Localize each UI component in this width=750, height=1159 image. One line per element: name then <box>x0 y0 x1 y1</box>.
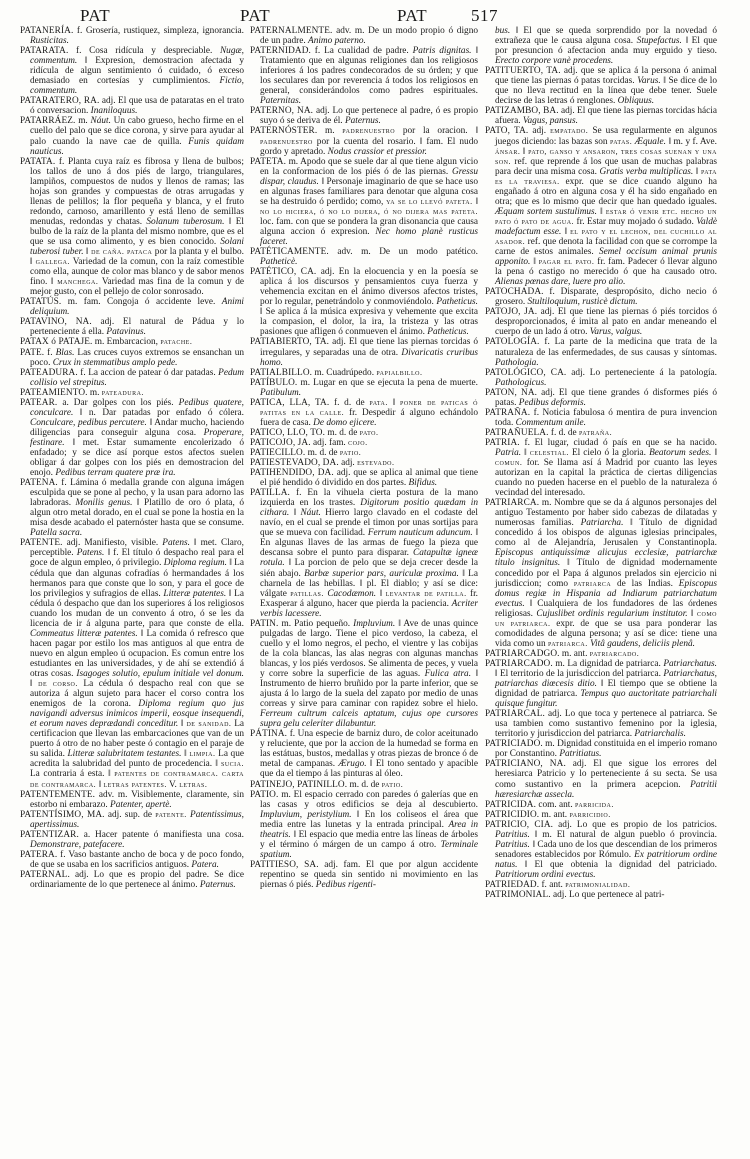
dictionary-entry: PATARATA. f. Cosa ridícula y despreciabl… <box>20 46 244 96</box>
definition-text: ‖ <box>521 448 530 458</box>
cross-reference: patriarca. <box>548 639 588 648</box>
cross-reference: parricidio. <box>569 810 610 819</box>
entry-headword: PATINEJO, PATINILLO. <box>250 780 347 790</box>
cross-reference: patriarcado. <box>590 649 639 658</box>
cross-reference: no lo hiciera, ó no lo dijera, ó no dije… <box>260 207 478 216</box>
entry-headword: PATAVINO, NA. <box>20 317 92 327</box>
definition-text: m. <box>75 116 90 126</box>
dictionary-entry: PATOCHADA. f. Disparate, despropósito, d… <box>485 287 717 307</box>
dictionary-entry: PATILLA. f. En la vihuela cierta postura… <box>250 488 478 619</box>
dictionary-entry: PATIO. m. El espacio cerrado con paredes… <box>250 790 478 860</box>
dictionary-entry: PATENTIZAR. a. Hacer patente ó manifiest… <box>20 830 244 850</box>
dictionary-entry: PATE. f. Blas. Las cruces cuyos extremos… <box>20 348 244 368</box>
dictionary-columns: PATANERÍA. f. Grosería, rustiquez, simpl… <box>0 26 750 1146</box>
cross-reference: gallega. <box>36 257 70 266</box>
cross-reference: pagar el pato. <box>539 257 595 266</box>
latin-equivalent: Patritius. <box>495 830 530 840</box>
cross-reference: letras. <box>179 780 207 789</box>
definition-text: m. Cuadrúpedo. <box>312 368 376 378</box>
latin-equivalent: Patheticus. <box>436 297 478 307</box>
cross-reference: de caña. pataca <box>91 247 152 256</box>
entry-headword: PATRAÑA. <box>485 408 530 418</box>
entry-headword: PATIESTEVADO, DA. <box>250 458 339 468</box>
definition-text: f. La cualidad de padre. <box>311 46 413 56</box>
entry-headword: PATRIARCA. <box>485 498 539 508</box>
cross-reference: sucia. <box>221 759 244 768</box>
page-number: 517 <box>471 6 498 26</box>
latin-equivalent: Monilis genus. <box>76 498 133 508</box>
definition-text: ‖ m. y f. Ave. <box>666 137 717 147</box>
dictionary-entry: PATRICIADO. m. Dignidad constituida en e… <box>485 739 717 759</box>
definition-text: m. La dignidad de patriarca. <box>553 659 664 669</box>
cross-reference: parricida. <box>575 800 614 809</box>
cross-reference: manchega. <box>57 277 98 286</box>
definition-text: f. La accion de patear ó dar patadas. <box>78 368 218 378</box>
cross-reference: patriarca <box>574 579 611 588</box>
dictionary-entry: PATÍBULO. m. Lugar en que se ejecuta la … <box>250 378 478 398</box>
entry-headword: PATEAR. <box>20 398 57 408</box>
latin-equivalent: Patavinus. <box>106 327 146 337</box>
entry-headword: PATOLÓGICO, CA. <box>485 368 566 378</box>
dictionary-entry: PATOJO, JA. adj. El que tiene las pierna… <box>485 307 717 337</box>
latin-equivalent: Ferreum cultrum calceis aptatum, cujus o… <box>260 709 478 729</box>
entry-headword: PATRICIDA. <box>485 800 536 810</box>
definition-text: adj. Manifiesto, visible. <box>63 538 163 548</box>
latin-equivalent: Fulica atra. <box>425 669 471 679</box>
cross-reference: pato. <box>360 428 379 437</box>
entry-headword: PATEADURA. <box>20 368 78 378</box>
entry-headword: PATENTEMENTE. <box>20 790 95 800</box>
dictionary-entry: PATRIA. f. El lugar, ciudad ó país en qu… <box>485 438 717 498</box>
dictionary-entry: PATATÚS. m. fam. Congoja ó accidente lev… <box>20 297 244 317</box>
definition-text: m. <box>317 126 342 136</box>
definition-text: ‖ <box>711 448 717 458</box>
cross-reference: cojo. <box>348 438 368 447</box>
cross-reference: padrenuestro <box>342 126 395 135</box>
entry-headword: PATRIMONIAL. <box>485 890 551 900</box>
dictionary-entry: PÁTINA. f. Una especie de barniz duro, d… <box>250 729 478 779</box>
latin-equivalent: Erecto corpore vanè procedens. <box>495 56 613 66</box>
dictionary-entry: PATERNIDAD. f. La cualidad de padre. Pat… <box>250 46 478 106</box>
definition-text: ‖ n. Dar patadas por enfado ó cólera. <box>73 408 244 418</box>
definition-text: El cielo ó la gloria. <box>569 448 649 458</box>
entry-headword: PATENTE. <box>20 538 63 548</box>
latin-equivalent: Inaniloquus. <box>91 106 138 116</box>
dictionary-entry: PATRAÑUELA. f. d. de patraña. <box>485 428 717 438</box>
definition-text: ‖ <box>388 398 400 408</box>
latin-equivalent: Patheticè. <box>260 257 297 267</box>
dictionary-entry: PATARATERO, RA. adj. El que usa de patar… <box>20 96 244 116</box>
entry-headword: PATANERÍA. <box>20 26 73 36</box>
cross-reference: levantar de patilla. <box>386 589 467 598</box>
latin-equivalent: Patella sacra. <box>30 528 82 538</box>
dictionary-entry: PATENTEMENTE. adv. m. Visiblemente, clar… <box>20 790 244 810</box>
entry-headword: PATÉTICO, CA. <box>250 267 316 277</box>
dictionary-entry: PATRICIDA. com. ant. parricida. <box>485 800 717 810</box>
latin-equivalent: Æquale. <box>635 137 666 147</box>
dictionary-entry: PATRICIANO, NA. adj. El que sigue los er… <box>485 759 717 799</box>
latin-equivalent: Stupefactus. <box>637 36 682 46</box>
latin-equivalent: Patris dignitas. <box>413 46 472 56</box>
entry-headword: PATERNIDAD. <box>250 46 311 56</box>
dictionary-entry: PATENA. f. Lámina ó medalla grande con a… <box>20 478 244 538</box>
latin-equivalent: Alienas pœnas dare, luere pro alio. <box>495 277 625 287</box>
definition-text: adj. Lo que es propio de los patricios. <box>553 820 717 830</box>
definition-text: ‖ El que obtenia la dignidad del patrici… <box>517 860 717 870</box>
latin-equivalent: Pedibus terram quatere præ ira. <box>55 468 175 478</box>
dictionary-entry: PATEAMIENTO. m. pateadura. <box>20 388 244 398</box>
dictionary-entry: PATEADURA. f. La accion de patear ó dar … <box>20 368 244 388</box>
definition-text: ‖ <box>688 609 697 619</box>
entry-headword: PATITUERTO, TA. <box>485 66 561 76</box>
cross-reference: estevado. <box>357 458 394 467</box>
entry-headword: PATRIEDAD. <box>485 880 539 890</box>
column-1: PATANERÍA. f. Grosería, rustiquez, simpl… <box>20 26 244 890</box>
entry-headword: PATRIARCADO. <box>485 659 553 669</box>
definition-text: m. d. de <box>305 448 340 458</box>
definition-text: adj. Lo perteneciente á la patología. <box>566 368 717 378</box>
cross-reference: empatado. <box>550 126 588 135</box>
dictionary-entry: PATINEJO, PATINILLO. m. d. de patio. <box>250 780 478 790</box>
column-2: PATERNALMENTE. adv. m. De un modo propio… <box>250 26 478 890</box>
cross-reference: letras patentes. <box>103 780 166 789</box>
dictionary-entry: PATÉTICO, CA. adj. En la elocuencia y en… <box>250 267 478 337</box>
guide-word-center: PAT <box>240 6 270 26</box>
definition-text: f. d. de <box>549 428 579 438</box>
entry-headword: PATERA. <box>20 850 57 860</box>
entry-headword: PATEAMIENTO. <box>20 388 88 398</box>
cross-reference: patio. <box>382 780 403 789</box>
dictionary-entry: PATANERÍA. f. Grosería, rustiquez, simpl… <box>20 26 244 46</box>
dictionary-entry: PATERA. f. Vaso bastante ancho de boca y… <box>20 850 244 870</box>
latin-equivalent: Cacodæmon. <box>327 589 376 599</box>
latin-equivalent: Vagus, pansus. <box>523 116 578 126</box>
definition-text: adj. fam. <box>311 438 348 448</box>
latin-equivalent: Stultiloquium, rusticè dictum. <box>528 297 638 307</box>
entry-headword: PATARRÁEZ. <box>20 116 75 126</box>
entry-headword: PATICOJO, JA. <box>250 438 311 448</box>
entry-headword: PATERNALMENTE. <box>250 26 332 36</box>
definition-text: m. Patio pequeño. <box>278 619 353 629</box>
entry-headword: PATO, TA. <box>485 126 528 136</box>
definition-text: m. Apodo que se suele dar al que tiene a… <box>260 157 478 177</box>
definition-text: f. El lugar, ciudad ó país en que se ha … <box>520 438 717 448</box>
dictionary-entry: PATATA. f. Planta cuya raíz es fibrosa y… <box>20 157 244 298</box>
dictionary-entry: PATRIARCAL. adj. Lo que toca y pertenece… <box>485 709 717 739</box>
latin-equivalent: De domo ejicere. <box>313 418 376 428</box>
cross-reference: patas. <box>610 137 632 146</box>
latin-equivalent: Demonstrare, patefacere. <box>30 840 125 850</box>
definition-text: fr. Estar muy mojado ó sudado. <box>574 217 696 227</box>
entry-headword: PÁTINA. <box>250 729 287 739</box>
dictionary-entry: PATIALBILLO. m. Cuadrúpedo. papialbillo. <box>250 368 478 378</box>
dictionary-entry: PATENTÍSIMO, MA. adj. sup. de patente. P… <box>20 810 244 830</box>
entry-headword: PATRIARCAL. <box>485 709 545 719</box>
dictionary-entry: PATIECILLO. m. d. de patio. <box>250 448 478 458</box>
dictionary-entry: PATERNÓSTER. m. padrenuestro por la orac… <box>250 126 478 156</box>
latin-equivalent: Pathologia. <box>495 358 539 368</box>
definition-text: La contraria á esta. ‖ <box>30 769 114 779</box>
entry-headword: PATERNO, NA. <box>250 106 313 116</box>
entry-headword: PATIABIERTO, TA. <box>250 337 329 347</box>
dictionary-entry: PATIZAMBO, BA. adj. El que tiene las pie… <box>485 106 717 126</box>
definition-text: m. Embarcacion, <box>92 337 160 347</box>
dictionary-entry: PATOLÓGICO, CA. adj. Lo perteneciente á … <box>485 368 717 388</box>
latin-equivalent: Pedibus rigenti- <box>316 880 376 890</box>
latin-equivalent: Náut. <box>91 116 111 126</box>
latin-equivalent: Litteræ salubritatem testantes. <box>68 749 182 759</box>
entry-headword: PATRIARCADGO. <box>485 649 560 659</box>
entry-headword: PATIECILLO. <box>250 448 305 458</box>
dictionary-entry: PATO, TA. adj. empatado. Se usa regularm… <box>485 126 717 287</box>
dictionary-entry: PATIESTEVADO, DA. adj. estevado. <box>250 458 478 468</box>
definition-text: ‖ <box>530 257 538 267</box>
dictionary-entry: PATENTE. adj. Manifiesto, visible. Paten… <box>20 538 244 789</box>
latin-equivalent: Pedibus deformis. <box>519 398 586 408</box>
definition-text: f. d. de <box>329 398 369 408</box>
latin-equivalent: Varus, valgus. <box>590 327 642 337</box>
latin-equivalent: Isagoges solutio, epulum initiale vel do… <box>76 669 244 679</box>
latin-equivalent: Ærugo. <box>338 759 366 769</box>
entry-headword: PATOLOGÍA. <box>485 337 539 347</box>
definition-text: m. ant. <box>539 810 569 820</box>
cross-reference: pateadura. <box>102 388 144 397</box>
latin-equivalent: Crux in stemmatibus amplo pede. <box>53 358 178 368</box>
latin-equivalent: Patibulum. <box>260 388 301 398</box>
latin-equivalent: Cujuslibet ordinis regularium institutor… <box>536 609 687 619</box>
entry-headword: PATRICIADO. <box>485 739 543 749</box>
definition-text: m. <box>88 388 102 398</box>
cross-reference: patillas. <box>290 589 324 598</box>
latin-equivalent: Litteræ patentes. <box>163 589 226 599</box>
column-3: bus. ‖ El que se queda sorprendido por l… <box>485 26 717 900</box>
definition-text: ‖ <box>597 207 606 217</box>
entry-headword: PATÉTICAMENTE. <box>250 247 329 257</box>
dictionary-entry: PATETA. m. Apodo que se suele dar al que… <box>250 157 478 247</box>
latin-equivalent: Patria. <box>495 448 521 458</box>
definition-text: V. <box>167 780 179 790</box>
guide-word-left: PAT <box>80 6 110 26</box>
entry-headword: PATRIA. <box>485 438 520 448</box>
cross-reference: patache. <box>160 337 192 346</box>
definition-text: m. ant. <box>560 649 590 659</box>
entry-headword: PATENTÍSIMO, MA. <box>20 810 105 820</box>
dictionary-entry: PATÉTICAMENTE. adv. m. De un modo patéti… <box>250 247 478 267</box>
latin-equivalent: Commentum anile. <box>516 418 586 428</box>
definition-text: ‖ <box>376 589 385 599</box>
entry-headword: PATÍBULO. <box>250 378 297 388</box>
entry-headword: PATRICIANO, NA. <box>485 759 566 769</box>
definition-text: m. El espacio cerrado con paredes ó gale… <box>260 790 478 810</box>
definition-text: adj. Lo que pertenece al patri- <box>551 890 665 900</box>
definition-text: adv. m. De un modo patético. <box>329 247 478 257</box>
cross-reference: ánsar. <box>495 147 520 156</box>
latin-equivalent: Diploma regium. <box>164 558 227 568</box>
latin-equivalent: Blas. <box>56 348 75 358</box>
latin-equivalent: Pathologicus. <box>495 378 546 388</box>
entry-headword: PATICA, LLA, TA. <box>250 398 329 408</box>
cross-reference: ya se lo llevó pateta. <box>386 197 473 206</box>
latin-equivalent: Impluvium, peristylium. <box>260 810 352 820</box>
entry-headword: PATERNAL. <box>20 870 70 880</box>
cross-reference: pata. <box>369 398 387 407</box>
cross-reference: patio. <box>340 448 361 457</box>
entry-headword: PATATA. <box>20 157 55 167</box>
latin-equivalent: Rusticitas. <box>30 36 69 46</box>
dictionary-entry: PATIHENDIDO, DA. adj. que se aplica al a… <box>250 468 478 488</box>
entry-headword: PATARATERO, RA. <box>20 96 99 106</box>
latin-equivalent: Obliquus. <box>618 96 654 106</box>
cross-reference: patente. <box>155 810 186 819</box>
definition-text: ‖ m. El natural de algun pueblo ó provin… <box>530 830 717 840</box>
latin-equivalent: Patriarcha. <box>581 518 624 528</box>
dictionary-entry: PATIN. m. Patio pequeño. Impluvium. ‖ Av… <box>250 619 478 730</box>
entry-headword: PATITIESO, SA. <box>250 860 319 870</box>
cross-reference: limpia. <box>189 749 215 758</box>
latin-equivalent: Paternitas. <box>260 96 301 106</box>
dictionary-entry: PATARRÁEZ. m. Náut. Un cabo grueso, hech… <box>20 116 244 156</box>
definition-text: f. <box>44 348 55 358</box>
latin-equivalent: Gratis verba multiplicas. <box>600 167 694 177</box>
definition-text: f. Cosa ridícula y despreciable. <box>68 46 220 56</box>
latin-equivalent: Patera. <box>191 860 219 870</box>
definition-text: a. Hacer patente ó manifiesta una cosa. <box>79 830 244 840</box>
entry-headword: PATIALBILLO. <box>250 368 312 378</box>
cross-reference: comun. <box>495 458 522 467</box>
entry-headword: PATAX ó PATAJE. <box>20 337 92 347</box>
latin-equivalent: Varus. <box>637 76 661 86</box>
cross-reference: de sanidad. <box>186 719 231 728</box>
latin-equivalent: Patritius. <box>495 840 530 850</box>
entry-headword: PATENTIZAR. <box>20 830 79 840</box>
dictionary-entry: PATEAR. a. Dar golpes con los piés. Pedi… <box>20 398 244 478</box>
dictionary-entry: PATAX ó PATAJE. m. Embarcacion, patache. <box>20 337 244 347</box>
dictionary-entry: PATRICIO, CIA. adj. Lo que es propio de … <box>485 820 717 880</box>
entry-headword: PATENA. <box>20 478 58 488</box>
dictionary-entry: PATAVINO, NA. adj. El natural de Pádua y… <box>20 317 244 337</box>
definition-text: ‖ El territorio de la jurisdiccion del p… <box>495 669 663 679</box>
dictionary-entry: PATITIESO, SA. adj. fam. El que por algu… <box>250 860 478 890</box>
running-header: PAT PAT PAT 517 <box>0 6 750 26</box>
definition-text: adj. <box>339 458 357 468</box>
dictionary-entry: PATERNALMENTE. adv. m. De un modo propio… <box>250 26 478 46</box>
definition-text: adj. <box>528 126 550 136</box>
cross-reference: celestial. <box>530 448 569 457</box>
dictionary-entry: PATRIMONIAL. adj. Lo que pertenece al pa… <box>485 890 717 900</box>
entry-headword: PATRAÑUELA. <box>485 428 549 438</box>
definition-text: f. ant. <box>539 880 565 890</box>
entry-headword: PATILLA. <box>250 488 290 498</box>
dictionary-entry: PATOLOGÍA. f. La parte de la medicina qu… <box>485 337 717 367</box>
dictionary-entry: PATRIARCADGO. m. ant. patriarcado. <box>485 649 717 659</box>
latin-equivalent: Bifidus. <box>408 478 437 488</box>
latin-equivalent: Patriarchalis. <box>634 729 686 739</box>
cross-reference: papialbillo. <box>376 368 422 377</box>
latin-equivalent: Náut. <box>300 508 320 518</box>
latin-equivalent: Patenter, apertè. <box>110 800 172 810</box>
latin-equivalent: Solanum tuberosum. <box>146 217 224 227</box>
dictionary-entry: PATICO, LLO, TO. m. d. de pato. <box>250 428 478 438</box>
dictionary-entry: PATON, NA. adj. El que tiene grandes ó d… <box>485 388 717 408</box>
definition-text: for. Se llama así á Madrid por cuanto la… <box>495 458 717 498</box>
entry-headword: PATOCHADA. <box>485 287 544 297</box>
latin-equivalent: Vitâ gaudens, deliciis plenâ. <box>590 639 695 649</box>
cross-reference: patrimonialidad. <box>565 880 630 889</box>
definition-text: m. fam. Congoja ó accidente leve. <box>61 297 221 307</box>
latin-equivalent: bus. <box>495 26 510 36</box>
entry-headword: PATERNÓSTER. <box>250 126 317 136</box>
dictionary-entry: bus. ‖ El que se queda sorprendido por l… <box>485 26 717 66</box>
dictionary-entry: PATRIEDAD. f. ant. patrimonialidad. <box>485 880 717 890</box>
definition-text: adj. sup. de <box>105 810 156 820</box>
dictionary-entry: PATICA, LLA, TA. f. d. de pata. ‖ poner … <box>250 398 478 428</box>
entry-headword: PATRICIO, CIA. <box>485 820 553 830</box>
dictionary-entry: PATRICIDIO. m. ant. parricidio. <box>485 810 717 820</box>
latin-equivalent: Impluvium. <box>353 619 395 629</box>
entry-headword: PATOJO, JA. <box>485 307 537 317</box>
dictionary-entry: PATERNAL. adj. Lo que es propio del padr… <box>20 870 244 890</box>
definition-text: ‖ <box>473 197 478 207</box>
latin-equivalent: Paternus. <box>200 880 236 890</box>
definition-text: ‖ <box>561 227 570 237</box>
latin-equivalent: Conculcare, pedibus percutere. <box>30 418 147 428</box>
latin-equivalent: Nodus crassior et pressior. <box>328 147 427 157</box>
latin-equivalent: Patheticus. <box>427 327 469 337</box>
latin-equivalent: Ferrum nauticum aduncum. <box>368 528 473 538</box>
entry-headword: PATICO, LLO, TO. <box>250 428 325 438</box>
entry-headword: PATATÚS. <box>20 297 61 307</box>
definition-text: m. d. de <box>325 428 360 438</box>
definition-text: m. Lugar en que se ejecuta la pena de mu… <box>297 378 478 388</box>
entry-headword: PATIHENDIDO, DA. <box>250 468 334 478</box>
dictionary-entry: PATRAÑA. f. Noticia fabulosa ó mentira d… <box>485 408 717 428</box>
entry-headword: PATIO. <box>250 790 278 800</box>
dictionary-entry: PATRIARCA. m. Nombre que se da á algunos… <box>485 498 717 649</box>
latin-equivalent: Animo paterno. <box>308 36 366 46</box>
definition-text: por la oracion. ‖ <box>395 126 478 136</box>
entry-headword: PATIZAMBO, BA. <box>485 106 559 116</box>
latin-equivalent: Patritiorum ordini evectus. <box>495 870 596 880</box>
latin-equivalent: Patens. <box>162 538 190 548</box>
definition-text: ‖ <box>30 679 38 689</box>
entry-headword: PATETA. <box>250 157 286 167</box>
definition-text: m. d. de <box>347 780 382 790</box>
dictionary-entry: PATRIARCADO. m. La dignidad de patriarca… <box>485 659 717 709</box>
entry-headword: PATE. <box>20 348 44 358</box>
dictionary-entry: PATITUERTO, TA. adj. que se aplica á la … <box>485 66 717 106</box>
cross-reference: de corso. <box>38 679 78 688</box>
cross-reference: patraña. <box>579 428 612 437</box>
latin-equivalent: Barbæ superior pars, auriculæ proxima. <box>304 569 459 579</box>
dictionary-entry: PATICOJO, JA. adj. fam. cojo. <box>250 438 478 448</box>
definition-text: ‖ <box>289 508 300 518</box>
latin-equivalent: Patens. <box>77 548 105 558</box>
cross-reference: padrenuestro <box>260 137 313 146</box>
definition-text: a. Dar golpes con los piés. <box>57 398 178 408</box>
definition-text: ‖ <box>520 147 528 157</box>
entry-headword: PATARATA. <box>20 46 68 56</box>
entry-headword: PATON, NA. <box>485 388 537 398</box>
definition-text: com. ant. <box>536 800 575 810</box>
entry-headword: PATRICIDIO. <box>485 810 539 820</box>
dictionary-entry: PATERNO, NA. adj. Lo que pertenece al pa… <box>250 106 478 126</box>
definition-text: de las Indias. <box>611 579 679 589</box>
latin-equivalent: Commeatus litteræ patentes. <box>30 629 138 639</box>
dictionary-entry: PATIABIERTO, TA. adj. El que tiene las p… <box>250 337 478 367</box>
latin-equivalent: Beatorum sedes. <box>649 448 711 458</box>
definition-text: ‖ <box>693 167 701 177</box>
latin-equivalent: Æquam sortem sustulimus. <box>495 207 597 217</box>
